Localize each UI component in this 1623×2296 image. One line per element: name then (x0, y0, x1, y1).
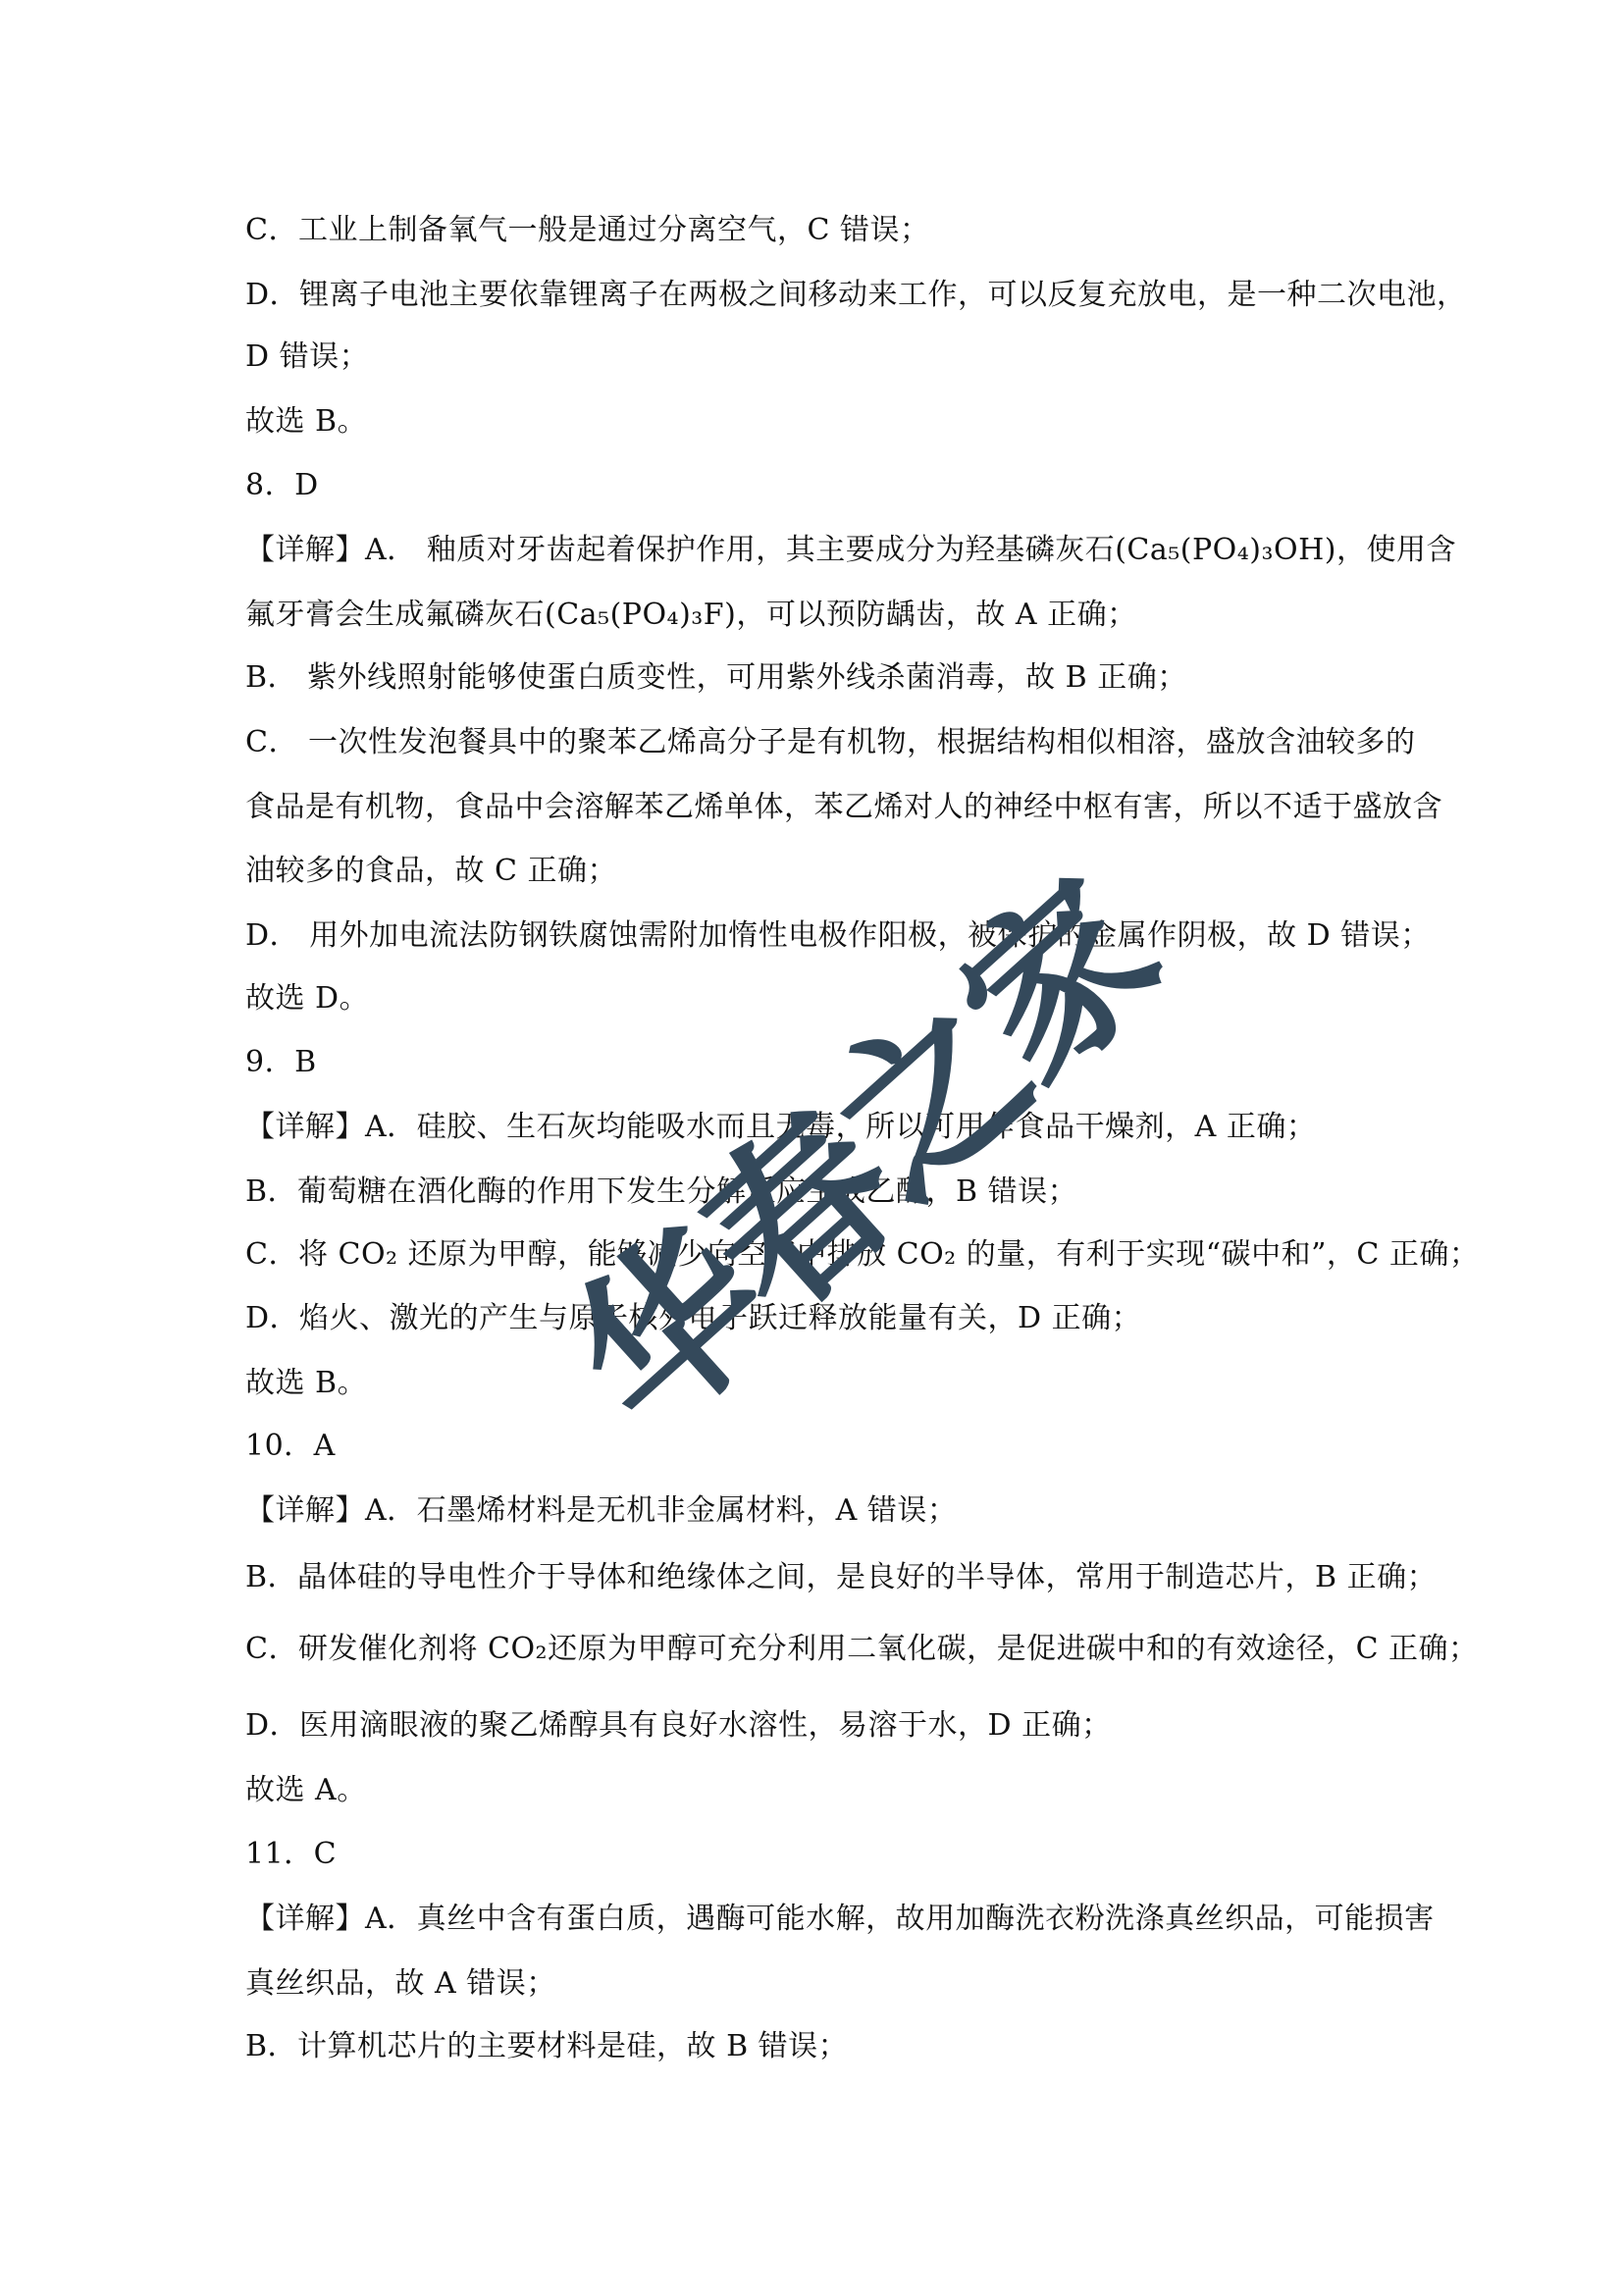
text-line: 真丝织品，故 A 错误； (245, 1962, 1384, 2006)
text-line: D．焰火、激光的产生与原子核外电子跃迁释放能量有关，D 正确； (245, 1297, 1384, 1340)
text-line: D．医用滴眼液的聚乙烯醇具有良好水溶性，易溶于水，D 正确； (245, 1704, 1384, 1748)
document-page: C．工业上制备氧气一般是通过分离空气，C 错误； D．锂离子电池主要依靠锂离子在… (0, 0, 1623, 2296)
text-line: B．晶体硅的导电性介于导体和绝缘体之间，是良好的半导体，常用于制造芯片，B 正确… (245, 1556, 1384, 1599)
text-line: C．工业上制备氧气一般是通过分离空气，C 错误； (245, 209, 1384, 252)
text-line: 故选 B。 (245, 1362, 1384, 1405)
text-line: C．研发催化剂将 CO₂还原为甲醇可充分利用二氧化碳，是促进碳中和的有效途径，C… (245, 1628, 1384, 1671)
question-number: 10．A (245, 1425, 1384, 1468)
text-line: 故选 B。 (245, 400, 1384, 444)
text-line: 【详解】A．真丝中含有蛋白质，遇酶可能水解，故用加酶洗衣粉洗涤真丝织品，可能损害 (245, 1898, 1384, 1941)
text-line: 【详解】A． 釉质对牙齿起着保护作用，其主要成分为羟基磷灰石(Ca₅(PO₄)₃… (245, 529, 1384, 572)
text-line: 氟牙膏会生成氟磷灰石(Ca₅(PO₄)₃F)，可以预防龋齿，故 A 正确； (245, 594, 1384, 637)
question-number: 11．C (245, 1833, 1384, 1876)
text-line: 油较多的食品，故 C 正确； (245, 850, 1384, 893)
text-line: 食品是有机物，食品中会溶解苯乙烯单体，苯乙烯对人的神经中枢有害，所以不适于盛放含 (245, 786, 1384, 829)
question-number: 8．D (245, 464, 1384, 507)
text-line: 故选 A。 (245, 1769, 1384, 1812)
text-line: 【详解】A．石墨烯材料是无机非金属材料，A 错误； (245, 1489, 1384, 1533)
text-line: 故选 D。 (245, 977, 1384, 1020)
text-line: B．计算机芯片的主要材料是硅，故 B 错误； (245, 2025, 1384, 2068)
text-line: C．将 CO₂ 还原为甲醇，能够减少向空气中排放 CO₂ 的量，有利于实现“碳中… (245, 1233, 1384, 1277)
text-line: C． 一次性发泡餐具中的聚苯乙烯高分子是有机物，根据结构相似相溶，盛放含油较多的 (245, 721, 1384, 764)
text-line: D．锂离子电池主要依靠锂离子在两极之间移动来工作，可以反复充放电，是一种二次电池… (245, 274, 1384, 317)
text-line: D 错误； (245, 336, 1384, 379)
text-line: 【详解】A．硅胶、生石灰均能吸水而且无毒，所以可用作食品干燥剂，A 正确； (245, 1106, 1384, 1149)
question-number: 9．B (245, 1041, 1384, 1084)
text-line: B．葡萄糖在酒化酶的作用下发生分解反应生成乙醇，B 错误； (245, 1171, 1384, 1214)
text-line: B． 紫外线照射能够使蛋白质变性，可用紫外线杀菌消毒，故 B 正确； (245, 656, 1384, 700)
text-line: D． 用外加电流法防钢铁腐蚀需附加惰性电极作阳极，被保护的金属作阴极，故 D 错… (245, 914, 1384, 958)
